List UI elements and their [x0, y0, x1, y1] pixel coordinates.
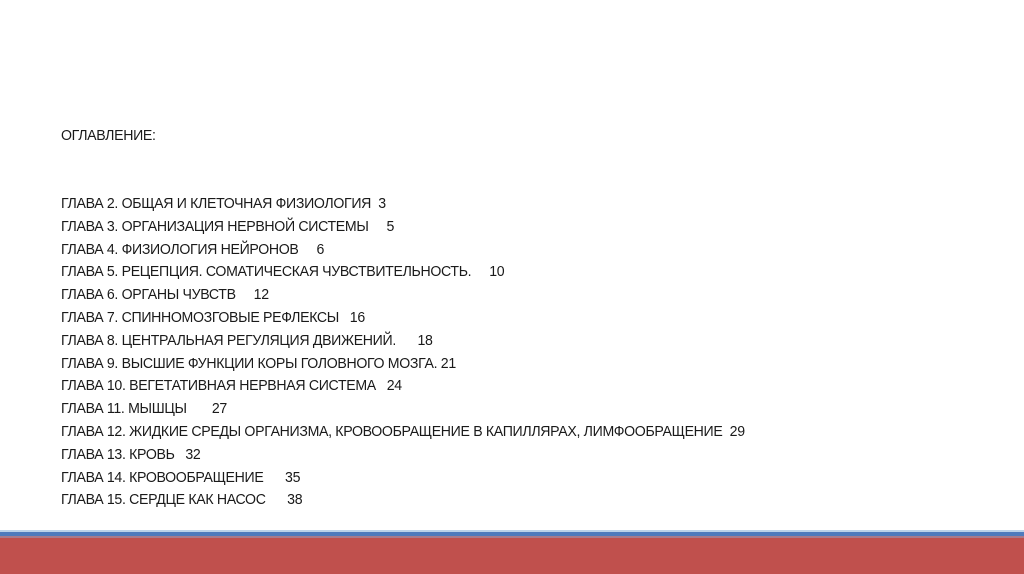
toc-entry-title: ГЛАВА 9. ВЫСШИЕ ФУНКЦИИ КОРЫ ГОЛОВНОГО М… [61, 355, 437, 372]
toc-entry: ГЛАВА 11. МЫШЦЫ 27 [61, 398, 745, 421]
toc-entry-page: 21 [441, 355, 456, 372]
toc-entry-page: 24 [387, 377, 402, 394]
toc-entry-page: 35 [285, 469, 300, 486]
slide: ОГЛАВЛЕНИЕ: ГЛАВА 2. ОБЩАЯ И КЛЕТОЧНАЯ Ф… [0, 0, 1024, 574]
toc-entry: ГЛАВА 4. ФИЗИОЛОГИЯ НЕЙРОНОВ 6 [61, 239, 745, 262]
toc-entry: ГЛАВА 2. ОБЩАЯ И КЛЕТОЧНАЯ ФИЗИОЛОГИЯ 3 [61, 193, 745, 216]
toc-entry-page: 32 [185, 446, 200, 463]
toc-entry-page: 18 [418, 332, 433, 349]
toc-entry: ГЛАВА 5. РЕЦЕПЦИЯ. СОМАТИЧЕСКАЯ ЧУВСТВИТ… [61, 261, 745, 284]
toc-entry-title: ГЛАВА 13. КРОВЬ [61, 446, 175, 463]
toc-entry-gap [471, 263, 489, 280]
toc-entry-gap [266, 491, 288, 508]
toc-entry-page: 3 [378, 195, 386, 212]
toc-entry: ГЛАВА 9. ВЫСШИЕ ФУНКЦИИ КОРЫ ГОЛОВНОГО М… [61, 353, 745, 376]
toc-entry-title: ГЛАВА 10. ВЕГЕТАТИВНАЯ НЕРВНАЯ СИСТЕМА [61, 377, 376, 394]
toc-entry-page: 38 [287, 491, 302, 508]
toc-entry-gap [298, 241, 316, 258]
toc-entry: ГЛАВА 12. ЖИДКИЕ СРЕДЫ ОРГАНИЗМА, КРОВОО… [61, 421, 745, 444]
toc-entry-page: 10 [489, 263, 504, 280]
toc-entry-page: 5 [387, 218, 395, 235]
toc-entry-gap [263, 469, 285, 486]
toc-entry-page: 27 [212, 400, 227, 417]
toc-entry-gap [369, 218, 387, 235]
toc-entry-title: ГЛАВА 3. ОРГАНИЗАЦИЯ НЕРВНОЙ СИСТЕМЫ [61, 218, 369, 235]
toc-entry: ГЛАВА 15. СЕРДЦЕ КАК НАСОС 38 [61, 489, 745, 512]
toc-entry-gap [175, 446, 186, 463]
toc-entry-gap [376, 377, 387, 394]
toc-entry: ГЛАВА 3. ОРГАНИЗАЦИЯ НЕРВНОЙ СИСТЕМЫ 5 [61, 216, 745, 239]
toc-entry-gap [339, 309, 350, 326]
toc-entry-title: ГЛАВА 11. МЫШЦЫ [61, 400, 187, 417]
toc-heading: ОГЛАВЛЕНИЕ: [61, 125, 745, 148]
toc-entry-title: ГЛАВА 14. КРОВООБРАЩЕНИЕ [61, 469, 263, 486]
toc-entry-title: ГЛАВА 8. ЦЕНТРАЛЬНАЯ РЕГУЛЯЦИЯ ДВИЖЕНИЙ. [61, 332, 396, 349]
toc-entry-page: 16 [350, 309, 365, 326]
toc-entry: ГЛАВА 14. КРОВООБРАЩЕНИЕ 35 [61, 467, 745, 490]
toc-entry-title: ГЛАВА 12. ЖИДКИЕ СРЕДЫ ОРГАНИЗМА, КРОВОО… [61, 423, 722, 440]
toc-entry-title: ГЛАВА 5. РЕЦЕПЦИЯ. СОМАТИЧЕСКАЯ ЧУВСТВИТ… [61, 263, 471, 280]
toc-entry-gap [722, 423, 729, 440]
toc-entry-page: 29 [730, 423, 745, 440]
toc-entry-gap [236, 286, 254, 303]
toc-entry-title: ГЛАВА 2. ОБЩАЯ И КЛЕТОЧНАЯ ФИЗИОЛОГИЯ [61, 195, 371, 212]
toc-entry-gap [396, 332, 418, 349]
toc-entry-title: ГЛАВА 7. СПИННОМОЗГОВЫЕ РЕФЛЕКСЫ [61, 309, 339, 326]
table-of-contents: ОГЛАВЛЕНИЕ: ГЛАВА 2. ОБЩАЯ И КЛЕТОЧНАЯ Ф… [61, 79, 745, 558]
toc-entry-page: 12 [254, 286, 269, 303]
toc-entry: ГЛАВА 13. КРОВЬ 32 [61, 444, 745, 467]
footer-bar-red [0, 538, 1024, 574]
toc-entry: ГЛАВА 7. СПИННОМОЗГОВЫЕ РЕФЛЕКСЫ 16 [61, 307, 745, 330]
toc-entry-title: ГЛАВА 4. ФИЗИОЛОГИЯ НЕЙРОНОВ [61, 241, 298, 258]
toc-entry: ГЛАВА 6. ОРГАНЫ ЧУВСТВ 12 [61, 284, 745, 307]
toc-entry-title: ГЛАВА 6. ОРГАНЫ ЧУВСТВ [61, 286, 236, 303]
toc-entry-page: 6 [317, 241, 325, 258]
toc-entry-title: ГЛАВА 15. СЕРДЦЕ КАК НАСОС [61, 491, 266, 508]
toc-entry-gap [187, 400, 212, 417]
toc-entry: ГЛАВА 10. ВЕГЕТАТИВНАЯ НЕРВНАЯ СИСТЕМА 2… [61, 375, 745, 398]
toc-entry: ГЛАВА 8. ЦЕНТРАЛЬНАЯ РЕГУЛЯЦИЯ ДВИЖЕНИЙ.… [61, 330, 745, 353]
toc-list: ГЛАВА 2. ОБЩАЯ И КЛЕТОЧНАЯ ФИЗИОЛОГИЯ 3Г… [61, 193, 745, 512]
